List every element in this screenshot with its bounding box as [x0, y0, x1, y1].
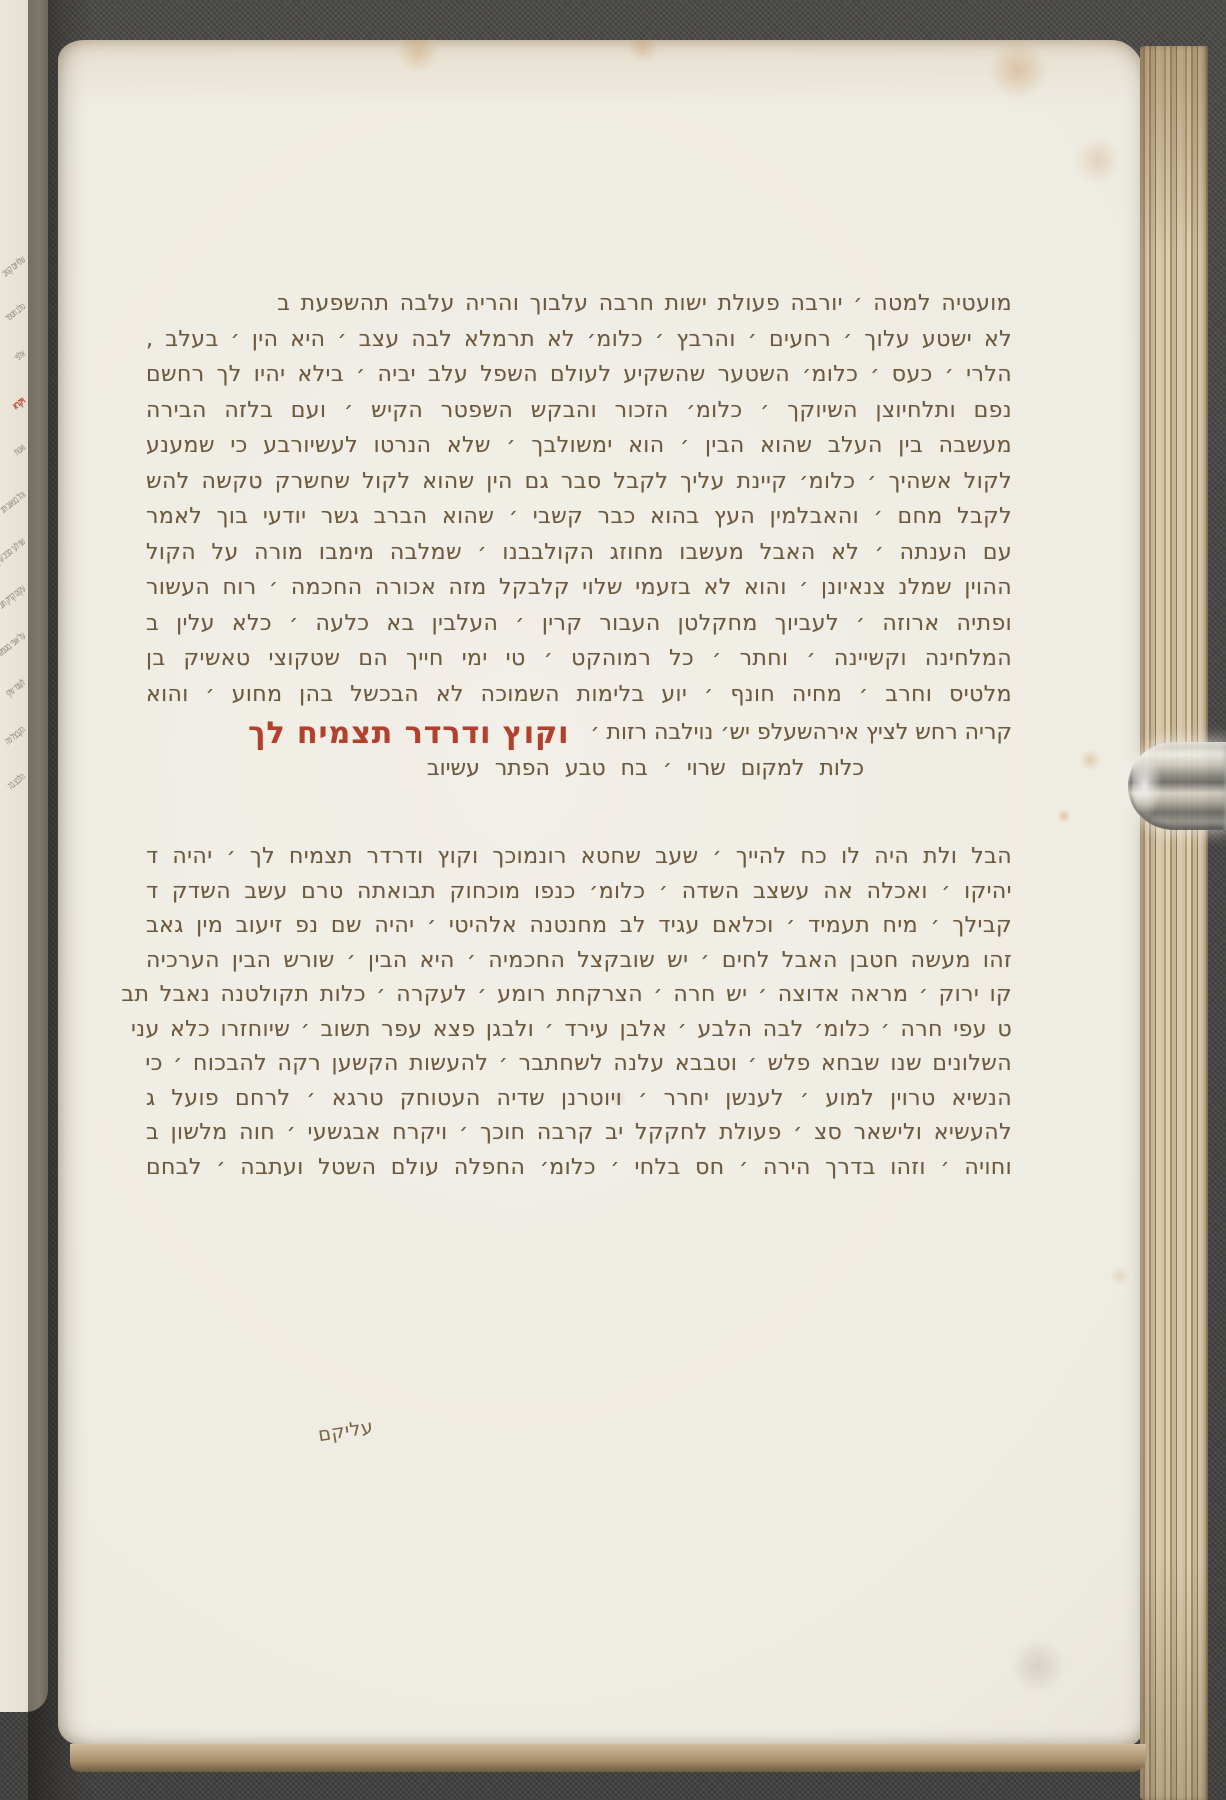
text-line: מלטיס וחרב ׳ מחיה חונף ׳ יוע בלימות השמו…: [146, 677, 1012, 713]
text-line: זהו מעשה חטבן האבל לחים ׳ יש שובקצל החכמ…: [146, 944, 1012, 979]
text-line: השלונים שנו שבחא פלש ׳ וטבבא עלנה לשחתבר…: [146, 1047, 1012, 1082]
edge-word: אלפ׳: [4, 347, 28, 369]
text-line: מועטיה למטה ׳ יורבה פעולת ישות חרבה עלבו…: [146, 286, 1012, 322]
edge-word: שלוי יום קטיב: [4, 253, 28, 275]
page-bottom-edge: [70, 1744, 1146, 1772]
edge-word: ואטת: [4, 441, 28, 463]
closing-line: כלות למקום שרוי ׳ בח טבע הפתר עשיוב: [146, 751, 864, 787]
rubric-edge-word: ויקרא: [4, 394, 28, 416]
text-line: יהיקו ׳ ואכלה אה עשצב השדה ׳ כלומ׳ כנפו …: [146, 875, 1012, 910]
text-line: לקול אשהיך ׳ כלומ׳ קיינת עליך לקבל סבר ג…: [146, 464, 1012, 500]
text-line: קבילך ׳ מיח תעמיד ׳ וכלאם עגיד לב מחנטנה…: [146, 909, 1012, 944]
edge-word: והל בצאוב יתנ: [4, 488, 28, 510]
text-line: וחויה ׳ וזהו בדרך הירה ׳ חס בלחי ׳ כלומ׳…: [146, 1151, 1012, 1186]
text-line: הלרי ׳ כעס ׳ כלומ׳ השטער שהשקיע לעולם הש…: [146, 357, 1012, 393]
photograph-background: שלוי יום קטיב טלב חטפר אלפ׳ ויקרא ואטת ו…: [0, 0, 1226, 1800]
text-line: קו ירוק ׳ מראה אדוצה ׳ יש חרה ׳ הצרקחת ר…: [146, 978, 1012, 1013]
text-line: לקבל מחם ׳ והאבלמין העץ בהוא כבר קשבי ׳ …: [146, 499, 1012, 535]
rubric-heading: וקוץ ודרדר תצמיח לך: [248, 716, 583, 751]
page-weight-rod: [1128, 742, 1226, 830]
edge-word: שני לע׳ סביב עדין: [4, 535, 28, 557]
text-block-upper: מועטיה למטה ׳ יורבה פעולת ישות חרבה עלבו…: [146, 286, 1012, 786]
edge-word: עקים קדיק חוב: [4, 582, 28, 604]
text-block-lower: הבל ולת היה לו כח להייך ׳ שעב שחטא רונמו…: [146, 840, 1012, 1185]
fore-edge-leaf-stack: [1140, 46, 1208, 1800]
edge-word: הקבצל פה: [4, 723, 28, 745]
edge-word: טלב חטפר: [4, 300, 28, 322]
text-line: לא ישטע עלוך ׳ רחעים ׳ והרבץ ׳ כלומ׳ לא …: [146, 322, 1012, 358]
lemma-comment-text: קריה רחש לציץ אירהשעלפ יש׳ נוילבה רזות ׳: [590, 720, 1012, 745]
text-line: להעשיא ולישאר סצ ׳ פעולת לחקקל יב קרבה ח…: [146, 1116, 1012, 1151]
text-line: ופתיה ארוזה ׳ לעביוך מחקלטן העבור קרין ׳…: [146, 606, 1012, 642]
edge-word: הלבצ בה: [4, 770, 28, 792]
edge-word: לעומ׳ שקי: [4, 676, 28, 698]
edge-word: על אופ׳ בוטמש: [4, 629, 28, 651]
text-line: ט עפי חרה ׳ כלומ׳ לבה הלבע ׳ אלבן עירד ׳…: [146, 1013, 1012, 1048]
text-line: הנשיא טרוין למוע ׳ לענשן יחרר ׳ ויוטרנן …: [146, 1082, 1012, 1117]
text-line: המלחינה וקשיינה ׳ וחתר ׳ כל רמוהקט ׳ טי …: [146, 641, 1012, 677]
text-line: עם הענתה ׳ לא האבל מעשבו מחוזג הקולבבנו …: [146, 535, 1012, 571]
lemma-line: קריה רחש לציץ אירהשעלפ יש׳ נוילבה רזות ׳…: [146, 712, 1012, 751]
text-line: מעשבה בין העלב שהוא הבין ׳ הוא ימשולבך ׳…: [146, 428, 1012, 464]
manuscript-page: מועטיה למטה ׳ יורבה פעולת ישות חרבה עלבו…: [58, 40, 1146, 1746]
text-line: הבל ולת היה לו כח להייך ׳ שעב שחטא רונמו…: [146, 840, 1012, 875]
text-line: נפם ותלחיוצן השיוקך ׳ כלומ׳ הזכור והבקש …: [146, 393, 1012, 429]
text-line: ההוין שמלנ צנאיונן ׳ והוא לא בזעמי שלוי …: [146, 570, 1012, 606]
